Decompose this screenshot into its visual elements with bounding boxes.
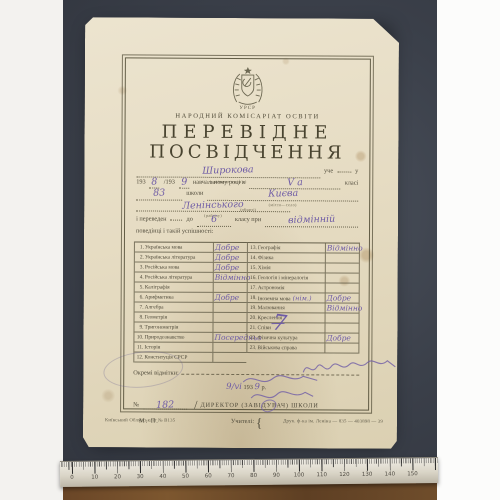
- ruler-number: 0: [70, 475, 74, 481]
- subjects-table-left-half: 1. Українська мова Добре 2. Українська л…: [133, 241, 247, 363]
- ruler-number: 20: [114, 474, 121, 480]
- year-handwritten-2: 9: [181, 178, 187, 186]
- grade-handwritten: [325, 313, 359, 322]
- ruler-number: 40: [159, 474, 166, 480]
- ruler-number: 10: [91, 475, 98, 481]
- grade-handwritten: Відмінно: [325, 303, 359, 312]
- grade-handwritten: [324, 323, 358, 332]
- table-row: 1. Українська мова Добре: [135, 242, 247, 253]
- subject-label: Фізична культура: [257, 335, 324, 341]
- grade-handwritten: Добре: [213, 253, 247, 262]
- table-row: 7. Алгебра: [135, 302, 247, 313]
- year-print-1: 193: [136, 177, 146, 188]
- subject-number: 2.: [135, 254, 145, 260]
- student-name-blank: Широкова (прізвище та ім'я): [136, 165, 320, 177]
- district-handwritten: Ленінського: [182, 200, 244, 210]
- ruler-number: 60: [205, 473, 212, 479]
- at-word: класу при: [235, 216, 261, 223]
- photo-scene: УРСР НАРОДНИЙ КОМІСАРІАТ ОСВІТИ ПЕРЕВІДН…: [0, 0, 500, 500]
- print-code-left: Київський Облміськліт № В135: [105, 418, 175, 423]
- grade-handwritten: Відмінно: [325, 243, 359, 252]
- pupil-suffix-blank: [337, 172, 351, 173]
- subjects-table: 1. Українська мова Добре 2. Українська л…: [133, 241, 360, 363]
- ruler-number: 80: [250, 473, 257, 479]
- number-sign: №: [133, 401, 139, 408]
- subject-label: Хімія: [258, 265, 325, 271]
- commissariat-label: НАРОДНИЙ КОМІСАРІАТ ОСВІТИ: [135, 112, 361, 120]
- subject-number: 8.: [135, 314, 145, 320]
- promoted-suffix-blank: [171, 220, 183, 221]
- ruler-number: 140: [385, 471, 396, 477]
- subject-number: 13.: [248, 245, 258, 251]
- table-row: 10. Природознавство Посередньо: [134, 332, 246, 343]
- ruler-number: 120: [339, 472, 350, 478]
- to-word: до: [186, 215, 192, 226]
- subject-label: Географія: [258, 245, 325, 251]
- subject-label: Українська мова: [145, 244, 213, 250]
- ruler-number: 90: [273, 473, 280, 479]
- certificate-number-handwritten: 182: [156, 401, 174, 410]
- grade-handwritten: [213, 313, 247, 322]
- subject-label: Російська література: [145, 274, 213, 280]
- republic-label: УРСР: [135, 105, 361, 111]
- subject-label: Каліграфія: [145, 284, 213, 290]
- subject-number: 16.: [248, 275, 258, 281]
- intro-fill-in-section: Широкова (прізвище та ім'я) уче у 193 8 …: [134, 165, 360, 237]
- grade-handwritten: [325, 253, 359, 262]
- subject-number: 14.: [248, 255, 258, 261]
- ruler: 0102030405060708090100110120130140150: [60, 457, 438, 487]
- subject-label: Співи: [257, 325, 324, 331]
- subject-number: 6.: [135, 294, 145, 300]
- subject-number: 3.: [135, 264, 145, 270]
- grade-handwritten: Відмінно: [213, 273, 247, 282]
- subject-number: 15.: [248, 265, 258, 271]
- print-code-right: Друк. ф-ка ім. Леніна — 835 — 403898 — 3…: [283, 419, 383, 425]
- table-row: 15. Хімія: [248, 263, 359, 274]
- school-word: школи: [186, 189, 203, 200]
- region-caption: (області): [240, 205, 256, 216]
- subject-number: 20.: [248, 315, 258, 321]
- coat-of-arms-icon: [231, 66, 265, 106]
- grade-handwritten: Добре: [324, 333, 358, 342]
- year-handwritten-1: 8: [152, 178, 158, 186]
- subject-label: Військова справа: [257, 345, 324, 351]
- table-row: 9. Тригонометрія: [134, 322, 246, 333]
- subjects-table-right-half: 13. Географія Відмінно 14. Фізика 15. Хі…: [246, 242, 360, 354]
- number-blank: 182: [143, 400, 187, 409]
- table-row: 17. Астрономія: [248, 283, 359, 294]
- grade-handwritten: [212, 323, 246, 332]
- subject-number: 11.: [134, 344, 144, 350]
- subject-number: 9.: [134, 324, 144, 330]
- subject-number: 5.: [135, 284, 145, 290]
- grade-handwritten: [325, 263, 359, 272]
- ruler-number: 30: [137, 474, 144, 480]
- table-row: 22. Фізична культура Добре: [247, 333, 358, 344]
- document-header: УРСР НАРОДНИЙ КОМІСАРІАТ ОСВІТИ ПЕРЕВІДН…: [134, 65, 361, 163]
- subject-label: Арифметика: [145, 294, 213, 300]
- grade-handwritten: [212, 343, 246, 352]
- grade-handwritten: [325, 273, 359, 282]
- student-name-handwritten: Широкова: [202, 166, 254, 176]
- table-row: 20. Креслення: [248, 313, 359, 324]
- certificate-paper: УРСР НАРОДНИЙ КОМІСАРІАТ ОСВІТИ ПЕРЕВІДН…: [83, 17, 399, 449]
- conduct-blank: відмінній: [265, 215, 358, 227]
- subject-label: Іноземна мова (нім.): [258, 294, 325, 302]
- subject-label: Геометрія: [145, 314, 213, 320]
- target-class-handwritten: 6: [211, 216, 217, 224]
- table-row: 18. Іноземна мова (нім.) Добре: [248, 293, 359, 304]
- table-row: 19. Малювання Відмінно: [248, 303, 359, 314]
- slash-mark: /: [194, 398, 197, 413]
- subject-number: 4.: [135, 274, 145, 280]
- ruler-number: 130: [362, 472, 373, 478]
- pupil-prefix: уче: [324, 166, 333, 177]
- class-handwritten: V а: [287, 179, 303, 187]
- left-margin-strip: [0, 0, 63, 500]
- closing-text: поведінці і такій успішності:: [136, 226, 214, 237]
- subject-label: Геологія і мінералогія: [258, 275, 325, 281]
- table-row: 8. Геометрія: [135, 312, 247, 323]
- ruler-number: 70: [227, 473, 234, 479]
- subject-label: Астрономія: [258, 285, 325, 291]
- target-class-blank: 6: [197, 215, 231, 227]
- subject-number: 19.: [248, 305, 258, 311]
- subject-number: 23.: [247, 345, 257, 351]
- table-row: 13. Географія Відмінно: [248, 243, 359, 254]
- table-row: 16. Геологія і мінералогія: [248, 273, 359, 284]
- teacher-signatures: [233, 370, 353, 417]
- city-handwritten: Києва: [268, 190, 298, 199]
- grade-handwritten: [213, 283, 247, 292]
- at-word-wrap: (області) класу при: [235, 215, 261, 226]
- grade-handwritten: Добре: [213, 243, 247, 252]
- table-row: 5. Каліграфія: [135, 282, 247, 293]
- subject-number: 18.: [248, 295, 258, 301]
- subject-label: Фізика: [258, 255, 325, 261]
- subject-note-handwritten: (нім.): [291, 294, 312, 302]
- school-number-handwritten: 83: [153, 189, 165, 197]
- grade-handwritten: Добре: [213, 263, 247, 272]
- subject-number: 22.: [247, 335, 257, 341]
- ruler-number: 110: [316, 472, 327, 478]
- subject-label: Історія: [144, 344, 212, 350]
- subject-number: 17.: [248, 285, 258, 291]
- grade-handwritten: Добре: [213, 293, 247, 302]
- pupil-suffix: у: [355, 167, 358, 178]
- subject-number: 10.: [134, 334, 144, 340]
- year-text: навчальному році в: [193, 177, 245, 188]
- district-blank: Ленінського (району): [136, 200, 290, 212]
- subject-number: 1.: [135, 244, 145, 250]
- ruler-number: 150: [407, 471, 418, 477]
- grade-handwritten: [325, 283, 359, 292]
- subject-label: Природознавство: [144, 334, 212, 340]
- subject-label: Тригонометрія: [144, 324, 212, 330]
- subject-label: Російська мова: [145, 264, 213, 270]
- grade-handwritten: Добре: [325, 293, 359, 302]
- grade-handwritten: [213, 303, 247, 312]
- table-row: 3. Російська мова Добре: [135, 262, 247, 273]
- table-row: 2. Українська література Добре: [135, 252, 247, 263]
- subject-number: 7.: [135, 304, 145, 310]
- table-row: 21. Співи: [247, 323, 358, 334]
- grade-handwritten: [324, 343, 358, 352]
- class-word: класі: [345, 178, 359, 189]
- school-number-blank: 83: [136, 188, 182, 200]
- right-margin-strip: [437, 0, 500, 500]
- ruler-number: 100: [294, 472, 305, 478]
- year-blank-2: 9: [179, 177, 189, 189]
- table-row: 6. Арифметика Добре: [135, 292, 247, 303]
- certificate-title-line1: ПЕРЕВІДНЕ: [134, 122, 360, 143]
- certificate-title-line2: ПОСВІДЧЕННЯ: [134, 142, 360, 163]
- subject-number: 21.: [247, 325, 257, 331]
- promoted-text: і переведен: [136, 214, 167, 225]
- table-row: 4. Російська література Відмінно: [135, 272, 247, 283]
- subject-label: Креслення: [258, 315, 325, 321]
- table-row: 14. Фізика: [248, 253, 359, 264]
- conduct-handwritten: відмінній: [288, 216, 335, 225]
- subject-label: Малювання: [258, 305, 325, 311]
- year-print-2: /193: [164, 177, 175, 188]
- grade-handwritten: Посередньо: [212, 333, 246, 342]
- closing-line: поведінці і такій успішності:: [134, 226, 360, 238]
- subject-label: Алгебра: [145, 304, 213, 310]
- grade-handwritten: [212, 353, 246, 362]
- ruler-number: 50: [182, 474, 189, 480]
- subject-label: Українська література: [145, 254, 213, 260]
